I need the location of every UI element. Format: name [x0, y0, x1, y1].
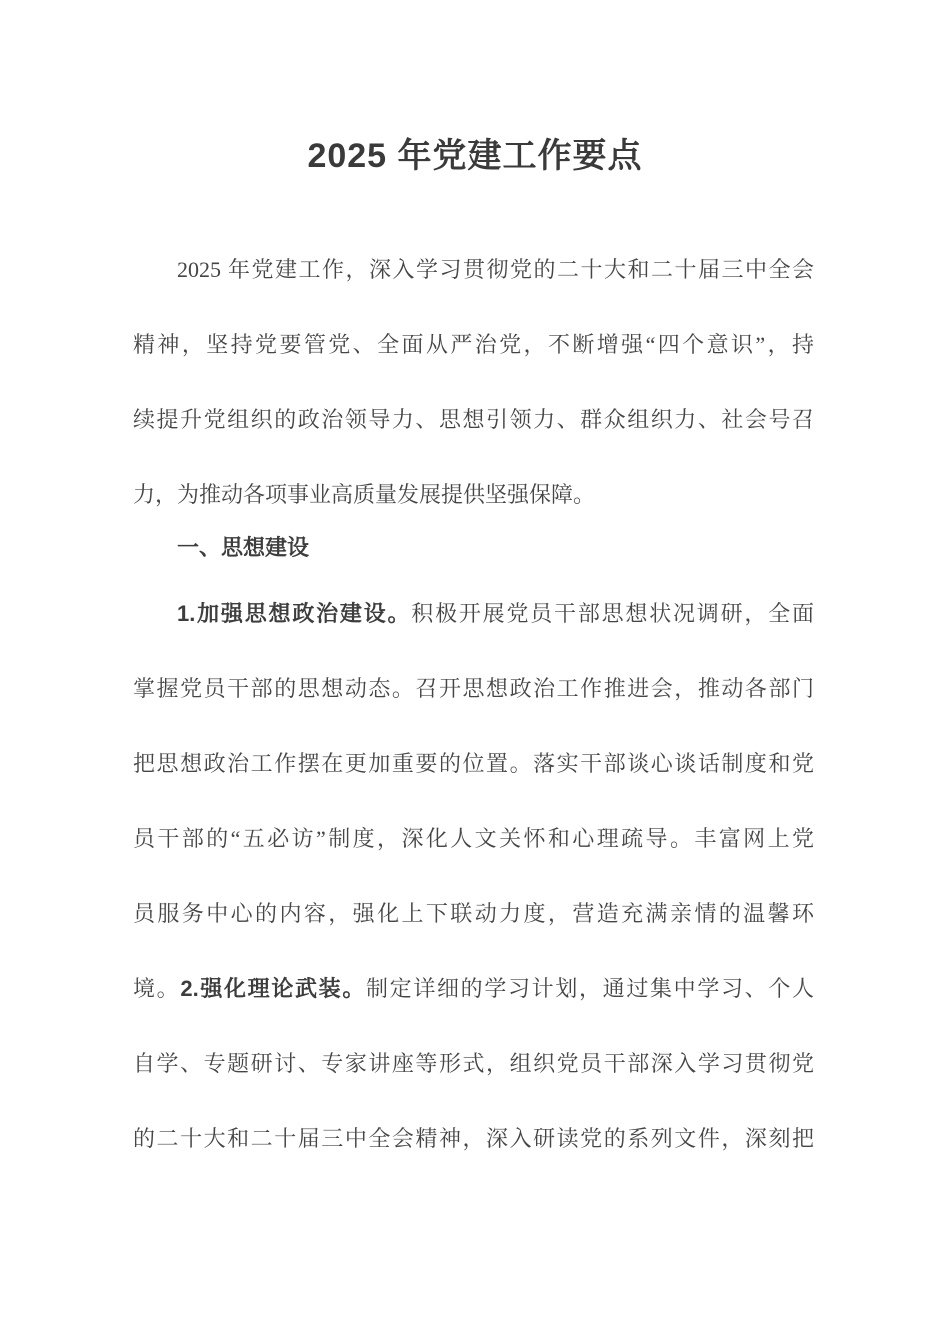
bold-text-segment: 2.强化理论武装。: [180, 976, 366, 1001]
text-segment: 自学、专题研讨、专家讲座等形式，组织党员干部深入学习贯彻党: [133, 1051, 814, 1076]
text-segment: 的二十大和二十届三中全会精神，深入研读党的系列文件，深刻把: [133, 1126, 814, 1151]
text-line: 1.加强思想政治建设。积极开展党员干部思想状况调研，全面: [133, 576, 814, 651]
text-segment: 境。: [133, 976, 180, 1001]
document-page: 2025 年党建工作要点 2025 年党建工作，深入学习贯彻党的二十大和二十届三…: [0, 0, 950, 1344]
text-line: 精神，坚持党要管党、全面从严治党，不断增强“四个意识”，持: [133, 307, 814, 382]
text-segment: 制定详细的学习计划，通过集中学习、个人: [366, 976, 814, 1001]
text-line: 2025 年党建工作，深入学习贯彻党的二十大和二十届三中全会: [133, 232, 814, 307]
text-line: 员服务中心的内容，强化上下联动力度，营造充满亲情的温馨环: [133, 876, 814, 951]
section-heading: 一、思想建设: [133, 510, 814, 585]
paragraph: 2025 年党建工作，深入学习贯彻党的二十大和二十届三中全会精神，坚持党要管党、…: [133, 232, 814, 532]
text-segment: 力，为推动各项事业高质量发展提供坚强保障。: [133, 482, 595, 507]
text-line: 的二十大和二十届三中全会精神，深入研读党的系列文件，深刻把: [133, 1101, 814, 1176]
text-segment: 掌握党员干部的思想动态。召开思想政治工作推进会，推动各部门: [133, 676, 814, 701]
text-line: 员干部的“五必访”制度，深化人文关怀和心理疏导。丰富网上党: [133, 801, 814, 876]
text-line: 把思想政治工作摆在更加重要的位置。落实干部谈心谈话制度和党: [133, 726, 814, 801]
bold-text-segment: 1.加强思想政治建设。: [177, 601, 411, 626]
heading-text: 一、思想建设: [133, 510, 814, 585]
text-segment: 2025 年党建工作，深入学习贯彻党的二十大和二十届三中全会: [177, 257, 814, 282]
text-line: 续提升党组织的政治领导力、思想引领力、群众组织力、社会号召: [133, 382, 814, 457]
text-line: 掌握党员干部的思想动态。召开思想政治工作推进会，推动各部门: [133, 651, 814, 726]
text-line: 境。2.强化理论武装。制定详细的学习计划，通过集中学习、个人: [133, 951, 814, 1026]
page-title: 2025 年党建工作要点: [0, 130, 950, 182]
text-segment: 续提升党组织的政治领导力、思想引领力、群众组织力、社会号召: [133, 407, 814, 432]
paragraph: 1.加强思想政治建设。积极开展党员干部思想状况调研，全面掌握党员干部的思想动态。…: [133, 576, 814, 1176]
text-segment: 员服务中心的内容，强化上下联动力度，营造充满亲情的温馨环: [133, 901, 814, 926]
text-segment: 精神，坚持党要管党、全面从严治党，不断增强“四个意识”，持: [133, 332, 814, 357]
text-line: 自学、专题研讨、专家讲座等形式，组织党员干部深入学习贯彻党: [133, 1026, 814, 1101]
text-segment: 积极开展党员干部思想状况调研，全面: [411, 601, 814, 626]
text-segment: 把思想政治工作摆在更加重要的位置。落实干部谈心谈话制度和党: [133, 751, 814, 776]
text-segment: 员干部的“五必访”制度，深化人文关怀和心理疏导。丰富网上党: [133, 826, 814, 851]
